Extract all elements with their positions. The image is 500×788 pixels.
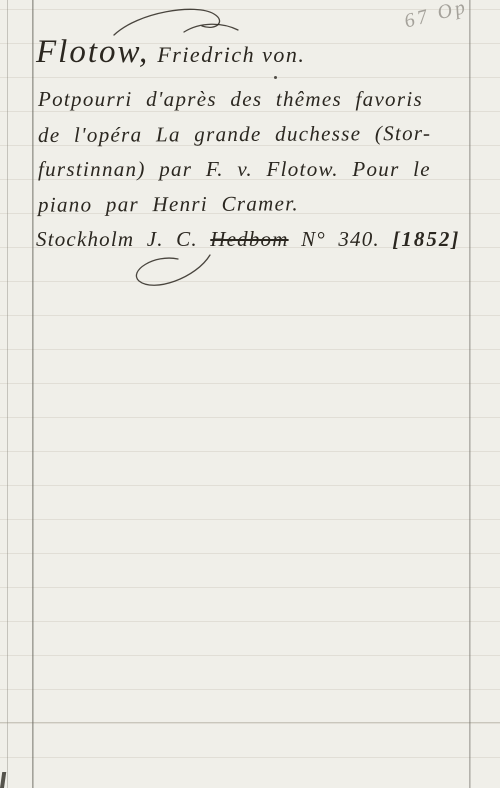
left-margin-rule	[32, 0, 34, 788]
entry-line-3: furstinnan) par F. v. Flotow. Pour le	[38, 157, 431, 182]
imprint-line: Stockholm J. C. Hedbom N° 340. [1852]	[36, 227, 460, 252]
composer-surname: Flotow,	[36, 34, 149, 70]
catalog-card-scan: 67 Op Flotow,Friedrich von. Potpourri d'…	[0, 0, 500, 788]
ruled-line-strong	[0, 722, 500, 723]
imprint-number: N° 340.	[289, 227, 393, 251]
composer-given-names: Friedrich von.	[157, 42, 305, 67]
bottom-left-smudge	[0, 772, 6, 788]
imprint-descender-loop	[130, 250, 222, 296]
imprint-publisher-struck: Hedbom	[210, 227, 288, 251]
ink-speck	[274, 76, 277, 79]
imprint-place-publisher: Stockholm J. C.	[36, 227, 210, 251]
given-name-swash	[182, 21, 242, 35]
entry-line-4: piano par Henri Cramer.	[38, 191, 299, 217]
entry-line-1: Potpourri d'après des thêmes favoris	[38, 87, 423, 112]
composer-heading: Flotow,Friedrich von.	[36, 34, 305, 71]
pencil-shelfmark: 67 Op	[402, 0, 470, 33]
right-margin-rule	[469, 0, 471, 788]
entry-line-2: de l'opéra La grande duchesse (Stor-	[38, 121, 431, 148]
left-edge-line	[7, 0, 8, 788]
imprint-year: [1852]	[392, 227, 460, 251]
